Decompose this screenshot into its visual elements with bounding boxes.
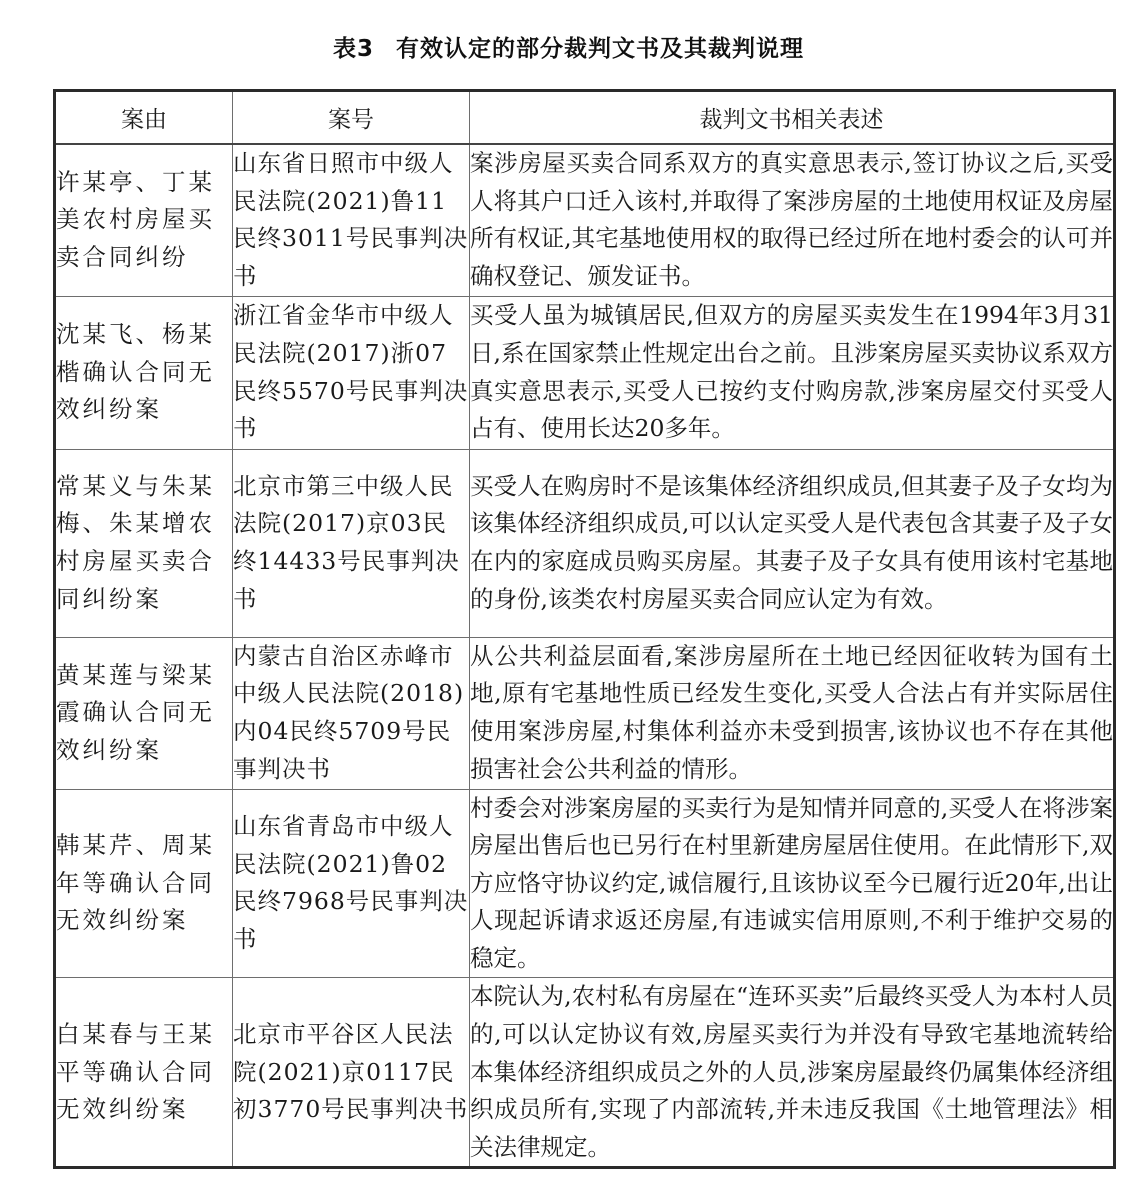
cell-case-number: 山东省日照市中级人民法院(2021)鲁11民终3011号民事判决书 bbox=[233, 144, 470, 296]
cell-cause: 沈某飞、杨某楷确认合同无效纠纷案 bbox=[55, 296, 233, 449]
table-row: 常某义与朱某梅、朱某增农村房屋买卖合同纠纷案 北京市第三中级人民法院(2017)… bbox=[55, 449, 1115, 637]
header-statement: 裁判文书相关表述 bbox=[470, 91, 1115, 145]
judgments-table: 案由 案号 裁判文书相关表述 许某亭、丁某美农村房屋买卖合同纠纷 山东省日照市中… bbox=[53, 89, 1116, 1169]
cell-case-number: 北京市平谷区人民法院(2021)京0117民初3770号民事判决书 bbox=[233, 978, 470, 1168]
cell-case-number: 内蒙古自治区赤峰市中级人民法院(2018)内04民终5709号民事判决书 bbox=[233, 637, 470, 789]
table-row: 黄某莲与梁某霞确认合同无效纠纷案 内蒙古自治区赤峰市中级人民法院(2018)内0… bbox=[55, 637, 1115, 789]
header-case-number: 案号 bbox=[233, 91, 470, 145]
table-row: 许某亭、丁某美农村房屋买卖合同纠纷 山东省日照市中级人民法院(2021)鲁11民… bbox=[55, 144, 1115, 296]
cell-statement: 从公共利益层面看,案涉房屋所在土地已经因征收转为国有土地,原有宅基地性质已经发生… bbox=[470, 637, 1115, 789]
cell-statement: 本院认为,农村私有房屋在“连环买卖”后最终买受人为本村人员的,可以认定协议有效,… bbox=[470, 978, 1115, 1168]
cell-case-number: 浙江省金华市中级人民法院(2017)浙07民终5570号民事判决书 bbox=[233, 296, 470, 449]
cell-statement: 村委会对涉案房屋的买卖行为是知情并同意的,买受人在将涉案房屋出售后也已另行在村里… bbox=[470, 789, 1115, 978]
cell-cause: 黄某莲与梁某霞确认合同无效纠纷案 bbox=[55, 637, 233, 789]
cell-case-number: 北京市第三中级人民法院(2017)京03民终14433号民事判决书 bbox=[233, 449, 470, 637]
table-row: 沈某飞、杨某楷确认合同无效纠纷案 浙江省金华市中级人民法院(2017)浙07民终… bbox=[55, 296, 1115, 449]
cell-statement: 买受人虽为城镇居民,但双方的房屋买卖发生在1994年3月31日,系在国家禁止性规… bbox=[470, 296, 1115, 449]
header-cause: 案由 bbox=[55, 91, 233, 145]
table-caption: 表3有效认定的部分裁判文书及其裁判说理 bbox=[0, 30, 1137, 63]
cell-statement: 买受人在购房时不是该集体经济组织成员,但其妻子及子女均为该集体经济组织成员,可以… bbox=[470, 449, 1115, 637]
table-row: 韩某芹、周某年等确认合同无效纠纷案 山东省青岛市中级人民法院(2021)鲁02民… bbox=[55, 789, 1115, 978]
cell-cause: 许某亭、丁某美农村房屋买卖合同纠纷 bbox=[55, 144, 233, 296]
cell-cause: 韩某芹、周某年等确认合同无效纠纷案 bbox=[55, 789, 233, 978]
cell-cause: 常某义与朱某梅、朱某增农村房屋买卖合同纠纷案 bbox=[55, 449, 233, 637]
cell-statement: 案涉房屋买卖合同系双方的真实意思表示,签订协议之后,买受人将其户口迁入该村,并取… bbox=[470, 144, 1115, 296]
cell-cause: 白某春与王某平等确认合同无效纠纷案 bbox=[55, 978, 233, 1168]
table-number: 表3 bbox=[333, 36, 374, 62]
table-row: 白某春与王某平等确认合同无效纠纷案 北京市平谷区人民法院(2021)京0117民… bbox=[55, 978, 1115, 1168]
header-row: 案由 案号 裁判文书相关表述 bbox=[55, 91, 1115, 145]
table-title: 有效认定的部分裁判文书及其裁判说理 bbox=[396, 36, 804, 62]
cell-case-number: 山东省青岛市中级人民法院(2021)鲁02民终7968号民事判决书 bbox=[233, 789, 470, 978]
